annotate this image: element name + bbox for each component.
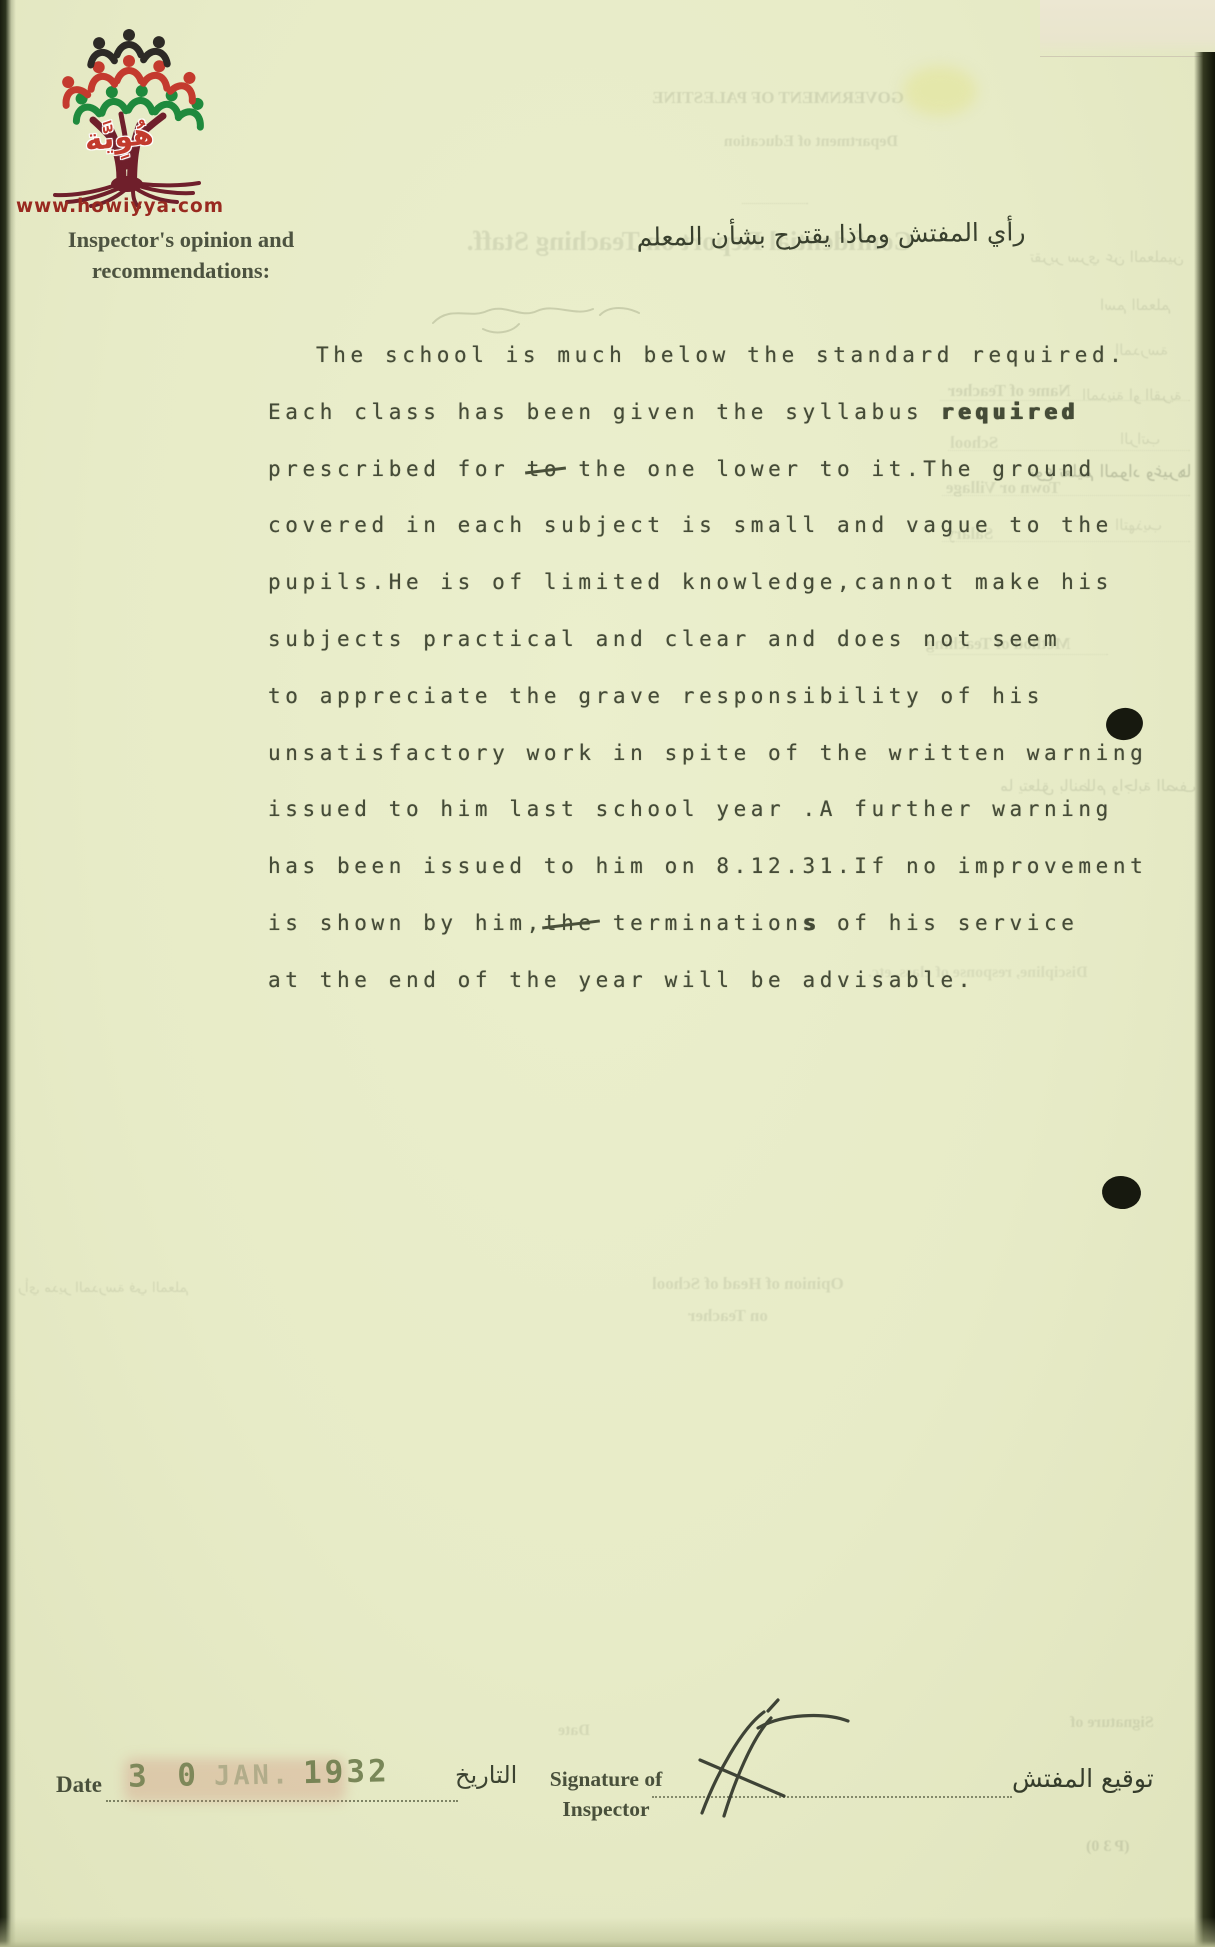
ink-dot-2	[1100, 1174, 1142, 1211]
date-stamp-day: 3 0	[128, 1757, 203, 1795]
typed-line: to appreciate the grave responsibility o…	[268, 668, 1178, 725]
date-stamp: 3 0 JAN. 1932	[128, 1753, 390, 1794]
typed-segment-overtyped: required	[940, 400, 1078, 424]
typed-segment: at the end of the year will be advisable…	[268, 968, 975, 992]
howiyya-logo: هُوِيَّة	[35, 14, 220, 204]
typed-line: is shown by him,the terminations of his …	[268, 895, 1178, 952]
bleed-ar-opinion: رأي مدير المدرسة في المعلم	[18, 1280, 168, 1296]
bleed-form-number: (P 3 0)	[1086, 1838, 1130, 1856]
bleed-ar-name: اسم المعلم	[1100, 296, 1171, 314]
typed-segment: unsatisfactory work in spite of the writ…	[268, 741, 1147, 765]
highlight-smudge	[903, 66, 977, 116]
date-label: Date	[56, 1772, 102, 1798]
signature-label-line2: Inspector	[540, 1794, 672, 1824]
bleed-opinion-line1: Opinion of Head of School	[652, 1274, 844, 1294]
typed-line: Each class has been given the syllabus r…	[268, 384, 1178, 441]
watermark-url: www.howiyya.com	[16, 196, 216, 217]
typed-segment: termination	[596, 911, 803, 935]
bleed-opinion-line2: on Teacher	[688, 1306, 768, 1326]
bleed-signature-of: Signature of	[1070, 1714, 1154, 1732]
bleed-date-label: Date	[558, 1722, 590, 1740]
typed-segment: of his service	[820, 911, 1079, 935]
typed-line: subjects practical and clear and does no…	[268, 611, 1178, 668]
typed-segment: to appreciate the grave responsibility o…	[268, 684, 1044, 708]
typed-segment: subjects practical and clear and does no…	[268, 627, 1061, 651]
typed-line: issued to him last school year .A furthe…	[268, 781, 1178, 838]
typed-segment-struck: the	[544, 911, 596, 935]
typed-line: has been issued to him on 8.12.31.If no …	[268, 838, 1178, 895]
typed-segment: issued to him last school year .A furthe…	[268, 797, 1113, 821]
inspector-signature	[672, 1698, 882, 1828]
date-stamp-month: JAN.	[214, 1759, 292, 1792]
scanned-document-page: GOVERNMENT OF PALESTINEDepartment of Edu…	[0, 0, 1215, 1947]
typed-segment: the one lower to it.The ground	[561, 457, 1096, 481]
signature-label-arabic: توقيع المفتش	[1012, 1764, 1154, 1793]
inspector-opinion-label-line1: Inspector's opinion and	[48, 224, 314, 255]
bleed-gov-line1: GOVERNMENT OF PALESTINE	[614, 88, 904, 108]
typed-segment: prescribed for	[268, 457, 527, 481]
date-label-arabic: التاريخ	[455, 1761, 517, 1789]
arabic-header: رأي المفتش وماذا يقترح بشأن المعلم	[630, 217, 1032, 252]
typed-segment-overtyped: s	[803, 911, 820, 935]
bleed-gov-line2: Department of Education	[628, 133, 898, 151]
typed-line: The school is much below the standard re…	[268, 327, 1178, 384]
typed-segment-struck: to	[527, 457, 562, 481]
bleed-ar-title: تقرير سري عن المعلمين	[1030, 248, 1190, 266]
scan-edge-right	[1194, 52, 1215, 1947]
bleed-gov-rule	[742, 203, 808, 204]
howiyya-tree-icon	[35, 14, 220, 214]
inspector-opinion-label: Inspector's opinion and recommendations:	[48, 224, 314, 286]
typed-line: unsatisfactory work in spite of the writ…	[268, 725, 1178, 782]
typed-line: pupils.He is of limited knowledge,cannot…	[268, 554, 1178, 611]
typed-line: at the end of the year will be advisable…	[268, 952, 1178, 1009]
scan-corner-top-right	[1040, 0, 1215, 57]
typed-line: prescribed for to the one lower to it.Th…	[268, 441, 1178, 498]
inspector-opinion-label-line2: recommendations:	[48, 255, 314, 286]
typed-segment: has been issued to him on 8.12.31.If no …	[268, 854, 1147, 878]
date-stamp-year: 1932	[303, 1753, 390, 1791]
typed-segment: The school is much below the standard re…	[316, 343, 1126, 367]
scan-edge-bottom	[0, 1917, 1215, 1947]
scan-edge-left	[0, 0, 16, 1947]
typed-segment: Each class has been given the syllabus	[268, 400, 940, 424]
typed-body: The school is much below the standard re…	[268, 327, 1178, 1009]
typed-segment: covered in each subject is small and vag…	[268, 513, 1113, 537]
typed-line: covered in each subject is small and vag…	[268, 497, 1178, 554]
typed-segment: pupils.He is of limited knowledge,cannot…	[268, 570, 1113, 594]
typed-segment: is shown by him,	[268, 911, 544, 935]
